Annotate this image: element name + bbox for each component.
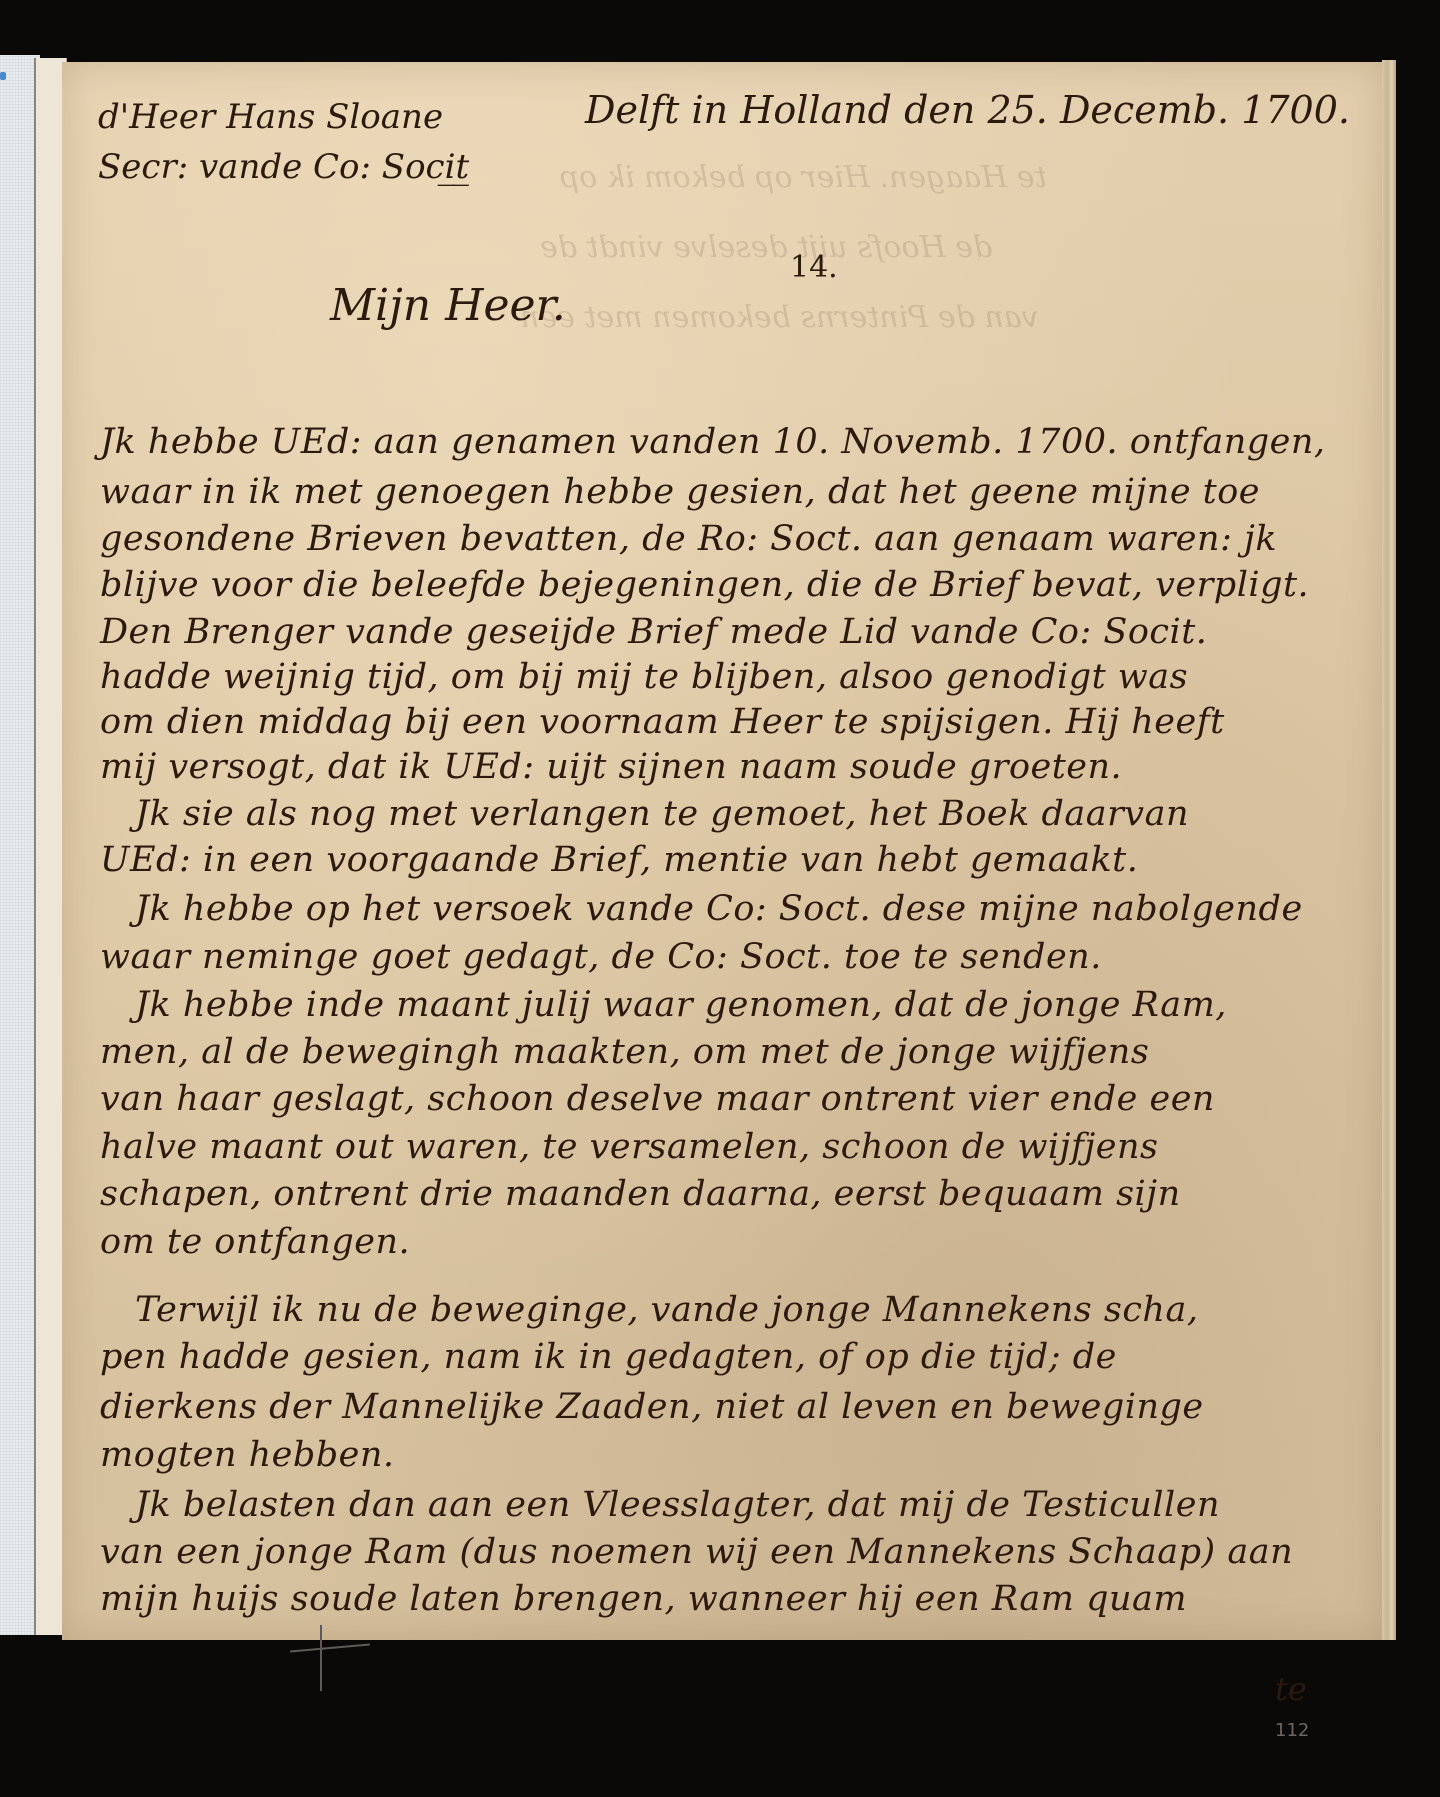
body-line: waar in ik met genoegen hebbe gesien, da… (100, 475, 1260, 510)
body-line: UEd: in een voorgaande Brief, mentie van… (100, 843, 1138, 878)
addressee-line-2: Secr: vande Co: Soci̲t̲ (98, 142, 469, 192)
body-line: van een jonge Ram (dus noemen wij een Ma… (100, 1535, 1293, 1570)
bleed-through-text: te Haagen. Hier op bekom ik op (560, 160, 1047, 195)
body-line: mij versogt, dat ik UEd: uijt sijnen naa… (100, 750, 1122, 785)
body-line: Jk hebbe op het versoek vande Co: Soct. … (135, 892, 1303, 927)
body-line: om dien middag bij een voornaam Heer te … (100, 705, 1225, 740)
binding-mark (0, 72, 6, 80)
body-line: om te ontfangen. (100, 1225, 410, 1260)
body-line: hadde weijnig tijd, om bij mij te blijbe… (100, 660, 1188, 695)
body-line: men, al de bewegingh maakten, om met de … (100, 1035, 1149, 1070)
body-line: mijn huijs soude laten brengen, wanneer … (100, 1582, 1187, 1617)
body-line: blijve voor die beleefde bejegeningen, d… (100, 568, 1309, 603)
body-line: schapen, ontrent drie maanden daarna, ee… (100, 1177, 1181, 1212)
salutation: Mijn Heer. (330, 280, 566, 331)
addressee-line-1: d'Heer Hans Sloane (98, 92, 469, 142)
bleed-through-text: van de Pinterns bekomen met een (520, 300, 1039, 335)
folio-marker: 14. (790, 250, 838, 285)
body-line: Jk sie als nog met verlangen te gemoet, … (135, 797, 1189, 832)
body-line: waar neminge goet gedagt, de Co: Soct. t… (100, 940, 1102, 975)
body-line: Terwijl ik nu de beweginge, vande jonge … (135, 1293, 1198, 1328)
body-line: Jk belasten dan aan een Vleesslagter, da… (135, 1488, 1220, 1523)
body-line: Den Brenger vande geseijde Brief mede Li… (100, 615, 1207, 650)
bleed-through-text: de Hoofs uijt deselve vindt de (540, 230, 992, 265)
body-line: gesondene Brieven bevatten, de Ro: Soct.… (100, 522, 1277, 557)
body-line: pen hadde gesien, nam ik in gedagten, of… (100, 1340, 1117, 1375)
body-line: mogten hebben. (100, 1438, 395, 1473)
body-line: Jk hebbe inde maant julij waar genomen, … (135, 988, 1227, 1023)
pencil-folio-number: 112 (1275, 1720, 1309, 1741)
pencil-cross-mark-icon (290, 1625, 370, 1695)
catchword: te (1275, 1670, 1307, 1708)
page-edge (1382, 60, 1396, 1640)
body-line: halve maant out waren, te versamelen, sc… (100, 1130, 1158, 1165)
addressee: d'Heer Hans Sloane Secr: vande Co: Soci̲… (98, 92, 469, 192)
dateline: Delft in Holland den 25. Decemb. 1700. (585, 88, 1350, 132)
body-line: Jk hebbe UEd: aan genamen vanden 10. Nov… (100, 425, 1326, 460)
body-line: van haar geslagt, schoon deselve maar on… (100, 1082, 1215, 1117)
body-line: dierkens der Mannelijke Zaaden, niet al … (100, 1390, 1204, 1425)
